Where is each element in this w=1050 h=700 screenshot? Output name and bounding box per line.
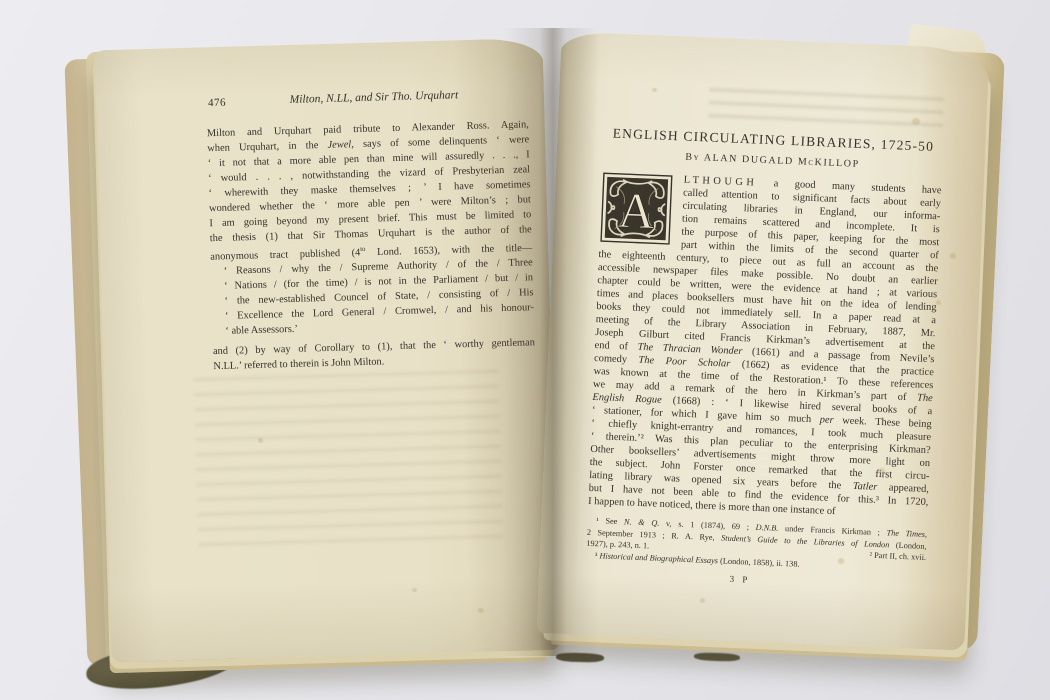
- decorated-initial-woodcut: A: [599, 172, 674, 245]
- initial-letter: A: [617, 182, 656, 240]
- page-number: 476: [208, 97, 226, 109]
- left-page-text-block: 476 Milton, N.LL, and Sir Tho. Urquhart …: [206, 87, 536, 374]
- foxing-spot: [258, 438, 263, 443]
- show-through-text: [708, 88, 944, 136]
- right-page-body-text: A LTHOUGH a good many students havecalle…: [588, 170, 942, 522]
- book-cover-edge: [694, 652, 740, 662]
- foxing-spot: [478, 608, 484, 613]
- foxing-spot: [700, 598, 705, 603]
- right-page-text-block: ENGLISH CIRCULATING LIBRARIES, 1725-50 B…: [585, 125, 944, 592]
- foxing-spot: [412, 588, 417, 592]
- foxing-spot: [936, 300, 941, 305]
- foxing-spot: [912, 118, 920, 125]
- foxing-spot: [838, 558, 844, 564]
- footnotes: ¹ See N. & Q. v, s. 1 (1874), 69 ; D.N.B…: [586, 515, 928, 575]
- book-cover-edge: [556, 652, 604, 662]
- foxing-spot: [652, 88, 657, 92]
- running-head-title: Milton, N.LL, and Sir Tho. Urquhart: [206, 87, 528, 108]
- open-book-photograph: 476 Milton, N.LL, and Sir Tho. Urquhart …: [0, 0, 1050, 700]
- foxing-spot: [950, 253, 956, 259]
- foxing-spot: [878, 468, 885, 474]
- running-header: 476 Milton, N.LL, and Sir Tho. Urquhart: [206, 87, 528, 113]
- left-page: 476 Milton, N.LL, and Sir Tho. Urquhart …: [95, 38, 560, 662]
- left-page-body-text: Milton and Urquhart paid tribute to Alex…: [207, 117, 536, 374]
- show-through-text: [194, 369, 504, 552]
- body-lines: the eighteenth century, to piece out as …: [588, 248, 939, 522]
- right-page: ENGLISH CIRCULATING LIBRARIES, 1725-50 B…: [537, 31, 990, 650]
